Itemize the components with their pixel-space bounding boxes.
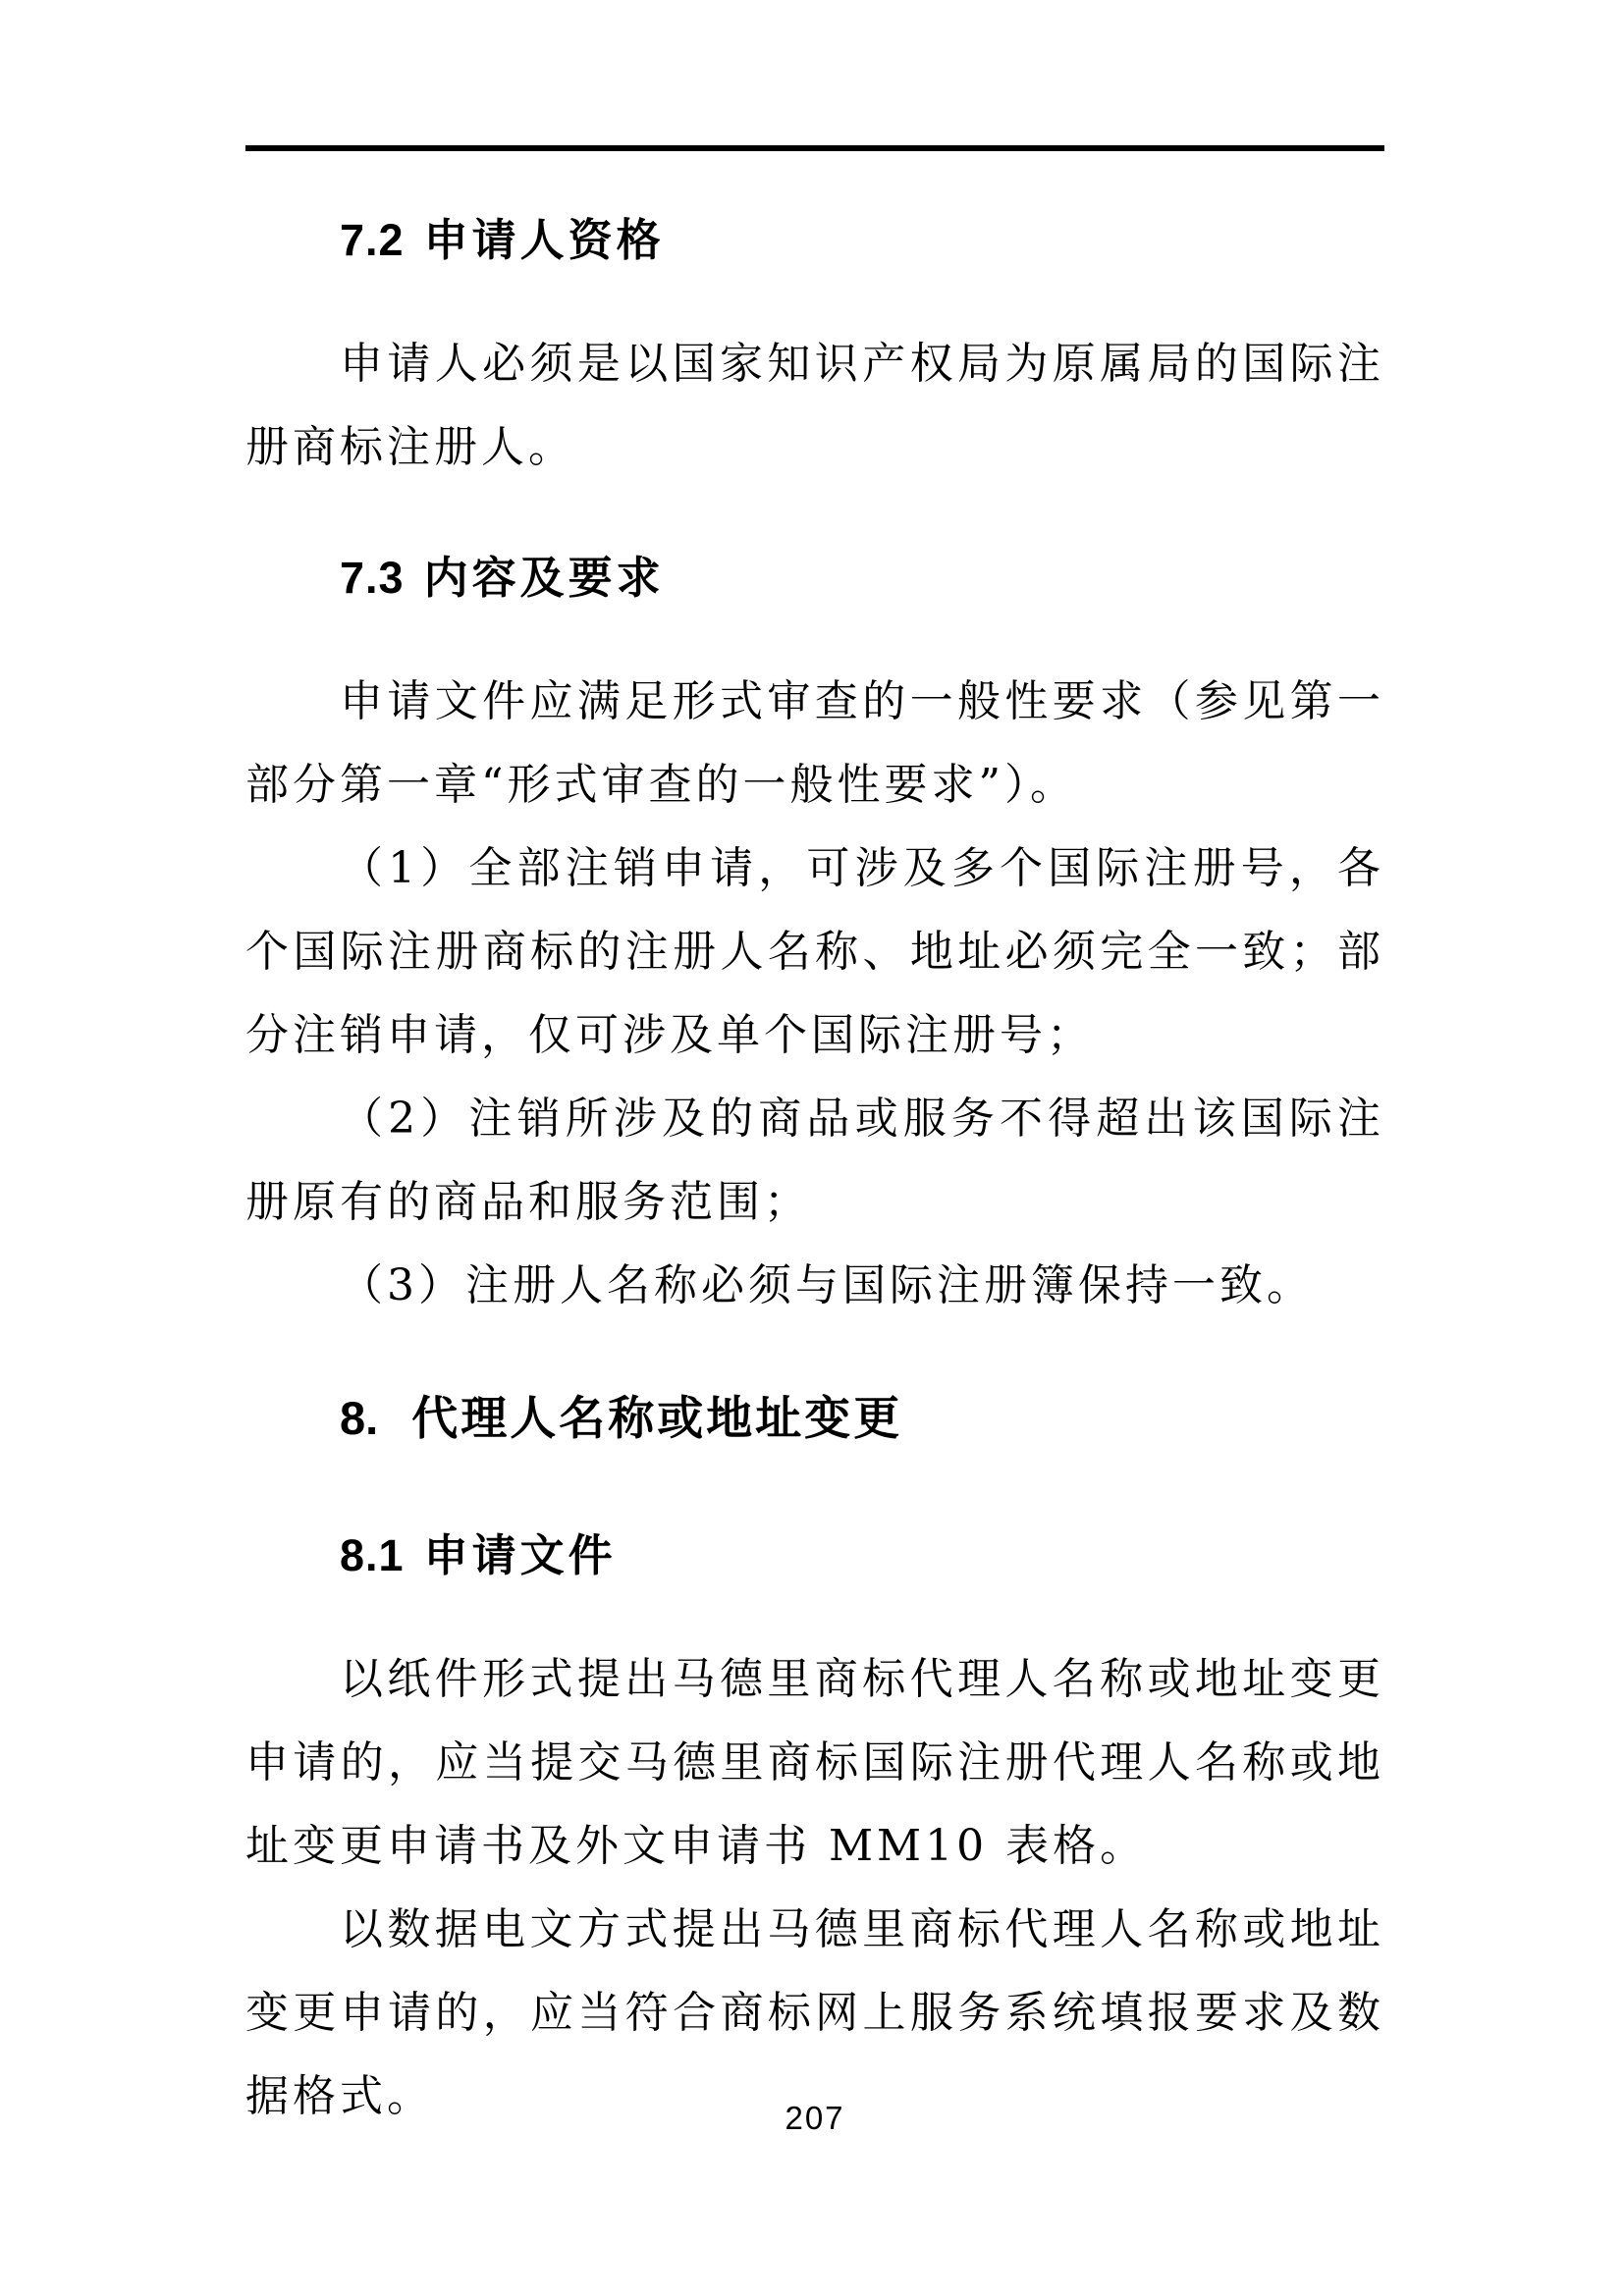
heading-number: 8.1 [340,1530,405,1580]
paragraph-applicant-qualification: 申请人必须是以国家知识产权局为原属局的国际注册商标注册人。 [245,322,1384,489]
page-number: 207 [245,2101,1384,2136]
section-heading-8: 8.代理人名称或地址变更 [245,1391,1384,1446]
paragraph-item-3: （3）注册人名称必须与国际注册簿保持一致。 [245,1244,1384,1327]
heading-title: 内容及要求 [424,552,665,604]
heading-title: 申请人资格 [424,214,665,266]
section-heading-8-1: 8.1申请文件 [245,1529,1384,1582]
header-rule [245,145,1384,151]
paragraph-requirements-intro: 申请文件应满足形式审查的一般性要求（参见第一部分第一章“形式审查的一般性要求”）… [245,660,1384,827]
heading-number: 8. [340,1392,378,1444]
paragraph-item-1: （1）全部注销申请，可涉及多个国际注册号，各个国际注册商标的注册人名称、地址必须… [245,827,1384,1077]
section-heading-7-2: 7.2申请人资格 [245,214,1384,267]
heading-title: 申请文件 [424,1529,617,1581]
document-page: 7.2申请人资格 申请人必须是以国家知识产权局为原属局的国际注册商标注册人。 7… [0,0,1624,2296]
page-content: 7.2申请人资格 申请人必须是以国家知识产权局为原属局的国际注册商标注册人。 7… [0,145,1624,2138]
heading-title: 代理人名称或地址变更 [411,1392,902,1444]
section-heading-7-3: 7.3内容及要求 [245,552,1384,605]
heading-number: 7.2 [340,215,405,265]
paragraph-item-2: （2）注销所涉及的商品或服务不得超出该国际注册原有的商品和服务范围； [245,1077,1384,1244]
paragraph-paper-filing: 以纸件形式提出马德里商标代理人名称或地址变更申请的，应当提交马德里商标国际注册代… [245,1637,1384,1888]
heading-number: 7.3 [340,553,405,603]
